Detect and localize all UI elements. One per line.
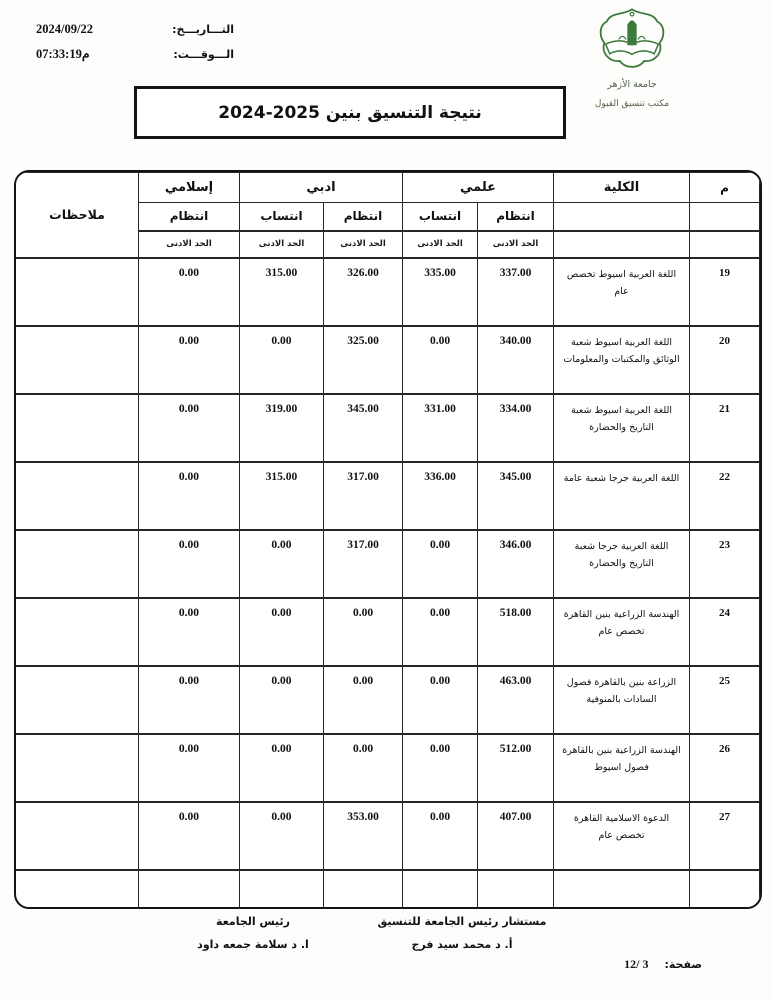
time-value: 07:33:19م: [36, 46, 90, 62]
table-row: 19 اللغة العربية اسيوط تخصص عام 337.00 3…: [15, 258, 759, 326]
row-number: 22: [690, 462, 760, 530]
college-cell: اللغة العربية اسيوط تخصص عام: [554, 258, 690, 326]
row-number: 25: [690, 666, 760, 734]
header-college: الكلية: [554, 173, 690, 203]
sci-aff-cell: 331.00: [403, 394, 478, 462]
college-cell: اللغة العربية اسيوط شعبة الوثائق والمكتب…: [554, 326, 690, 394]
lit-aff-cell: 0.00: [239, 598, 323, 666]
results-table: م الكلية علمي ادبي إسلامي ملاحظات انتظام…: [14, 170, 762, 909]
min-label-lit-reg: الحد الادنى: [324, 231, 403, 258]
signature-coordinator: مستشار رئيس الجامعة للتنسيق أ. د محمد سي…: [362, 915, 562, 951]
office-name: مكتب تنسيق القبول: [562, 99, 702, 109]
isl-reg-cell: 0.00: [138, 734, 239, 802]
table-row: 21 اللغة العربية اسيوط شعبة التاريخ والح…: [15, 394, 759, 462]
empty-spacer-row: [15, 870, 759, 908]
isl-reg-cell: 0.00: [138, 394, 239, 462]
lit-aff-cell: 315.00: [239, 258, 323, 326]
sci-reg-cell: 345.00: [478, 462, 554, 530]
page-number-value: 3 /12: [624, 957, 648, 972]
notes-cell: [15, 598, 138, 666]
lit-reg-cell: 317.00: [324, 462, 403, 530]
header-serial-spacer: [690, 203, 760, 231]
university-logo-block: جامعة الأزهر مكتب تنسيق القبول: [562, 7, 702, 109]
document-page: التـــاريـــخ: 2024/09/22 الـــوقـــت: 0…: [0, 0, 772, 1000]
college-cell: اللغة العربية جرجا شعبة التاريخ والحضارة: [554, 530, 690, 598]
isl-reg-cell: 0.00: [138, 530, 239, 598]
sci-aff-cell: 336.00: [403, 462, 478, 530]
lit-reg-cell: 353.00: [324, 802, 403, 870]
notes-cell: [15, 462, 138, 530]
college-cell: الهندسة الزراعية بنين بالقاهرة فصول اسيو…: [554, 734, 690, 802]
lit-aff-cell: 0.00: [239, 530, 323, 598]
lit-aff-cell: 0.00: [239, 802, 323, 870]
page-number-label: صفحة:: [664, 958, 702, 971]
date-value: 2024/09/22: [36, 22, 93, 37]
isl-reg-cell: 0.00: [138, 802, 239, 870]
header-group-scientific: علمي: [403, 173, 554, 203]
signature-president-name: ا. د سلامة جمعه داود: [158, 938, 348, 951]
notes-cell: [15, 258, 138, 326]
sci-aff-cell: 335.00: [403, 258, 478, 326]
datetime-block: التـــاريـــخ: 2024/09/22 الـــوقـــت: 0…: [36, 22, 234, 71]
sci-reg-cell: 337.00: [478, 258, 554, 326]
table-row: 24 الهندسة الزراعية بنين القاهرة تخصص عا…: [15, 598, 759, 666]
sci-reg-cell: 518.00: [478, 598, 554, 666]
lit-reg-cell: 326.00: [324, 258, 403, 326]
table-row: 26 الهندسة الزراعية بنين بالقاهرة فصول ا…: [15, 734, 759, 802]
isl-reg-cell: 0.00: [138, 326, 239, 394]
lit-aff-cell: 315.00: [239, 462, 323, 530]
al-azhar-emblem-icon: [562, 7, 702, 73]
date-label: التـــاريـــخ:: [172, 23, 234, 36]
row-number: 23: [690, 530, 760, 598]
lit-aff-cell: 319.00: [239, 394, 323, 462]
sci-aff-cell: 0.00: [403, 598, 478, 666]
signature-coordinator-title: مستشار رئيس الجامعة للتنسيق: [362, 915, 562, 928]
sci-reg-cell: 346.00: [478, 530, 554, 598]
sci-aff-cell: 0.00: [403, 530, 478, 598]
header-sci-regular: انتظام: [478, 203, 554, 231]
row-number: 26: [690, 734, 760, 802]
notes-cell: [15, 734, 138, 802]
lit-reg-cell: 345.00: [324, 394, 403, 462]
notes-cell: [15, 530, 138, 598]
header-isl-regular: انتظام: [138, 203, 239, 231]
header-college-spacer2: [554, 231, 690, 258]
header-row-groups: م الكلية علمي ادبي إسلامي ملاحظات: [15, 173, 759, 203]
university-name: جامعة الأزهر: [562, 79, 702, 90]
lit-reg-cell: 0.00: [324, 734, 403, 802]
row-number: 20: [690, 326, 760, 394]
min-label-lit-aff: الحد الادنى: [239, 231, 323, 258]
date-line: التـــاريـــخ: 2024/09/22: [36, 22, 234, 37]
college-cell: الهندسة الزراعية بنين القاهرة تخصص عام: [554, 598, 690, 666]
header-serial: م: [690, 173, 760, 203]
header-college-spacer: [554, 203, 690, 231]
page-title: نتيجة التنسيق بنين 2025-2024: [134, 86, 566, 139]
notes-cell: [15, 666, 138, 734]
isl-reg-cell: 0.00: [138, 666, 239, 734]
row-number: 27: [690, 802, 760, 870]
notes-cell: [15, 802, 138, 870]
time-line: الـــوقـــت: 07:33:19م: [36, 46, 234, 62]
sci-aff-cell: 0.00: [403, 666, 478, 734]
table-row: 22 اللغة العربية جرجا شعبة عامة 345.00 3…: [15, 462, 759, 530]
min-label-isl-reg: الحد الادنى: [138, 231, 239, 258]
isl-reg-cell: 0.00: [138, 462, 239, 530]
lit-aff-cell: 0.00: [239, 734, 323, 802]
table-row: 27 الدعوة الاسلامية القاهرة تخصص عام 407…: [15, 802, 759, 870]
isl-reg-cell: 0.00: [138, 598, 239, 666]
row-number: 21: [690, 394, 760, 462]
lit-reg-cell: 0.00: [324, 598, 403, 666]
header-group-islamic: إسلامي: [138, 173, 239, 203]
college-cell: الدعوة الاسلامية القاهرة تخصص عام: [554, 802, 690, 870]
isl-reg-cell: 0.00: [138, 258, 239, 326]
lit-aff-cell: 0.00: [239, 666, 323, 734]
sci-reg-cell: 340.00: [478, 326, 554, 394]
page-number: صفحة: 3 /12: [624, 957, 702, 972]
table-row: 25 الزراعة بنين بالقاهرة فصول السادات با…: [15, 666, 759, 734]
header-serial-spacer2: [690, 231, 760, 258]
lit-reg-cell: 0.00: [324, 666, 403, 734]
header-lit-regular: انتظام: [324, 203, 403, 231]
sci-aff-cell: 0.00: [403, 326, 478, 394]
sci-reg-cell: 463.00: [478, 666, 554, 734]
lit-aff-cell: 0.00: [239, 326, 323, 394]
time-label: الـــوقـــت:: [173, 48, 234, 61]
sci-aff-cell: 0.00: [403, 734, 478, 802]
sci-aff-cell: 0.00: [403, 802, 478, 870]
notes-cell: [15, 394, 138, 462]
notes-cell: [15, 326, 138, 394]
row-number: 19: [690, 258, 760, 326]
header-group-literary: ادبي: [239, 173, 402, 203]
college-cell: الزراعة بنين بالقاهرة فصول السادات بالمن…: [554, 666, 690, 734]
college-cell: اللغة العربية جرجا شعبة عامة: [554, 462, 690, 530]
header-sci-affiliate: انتساب: [403, 203, 478, 231]
min-label-sci-aff: الحد الادنى: [403, 231, 478, 258]
sci-reg-cell: 512.00: [478, 734, 554, 802]
college-cell: اللغة العربية اسيوط شعبة التاريخ والحضار…: [554, 394, 690, 462]
min-label-sci-reg: الحد الادنى: [478, 231, 554, 258]
signature-president: رئيس الجامعة ا. د سلامة جمعه داود: [158, 915, 348, 951]
sci-reg-cell: 334.00: [478, 394, 554, 462]
table-row: 23 اللغة العربية جرجا شعبة التاريخ والحض…: [15, 530, 759, 598]
header-lit-affiliate: انتساب: [239, 203, 323, 231]
row-number: 24: [690, 598, 760, 666]
table-row: 20 اللغة العربية اسيوط شعبة الوثائق والم…: [15, 326, 759, 394]
header-notes: ملاحظات: [15, 173, 138, 258]
sci-reg-cell: 407.00: [478, 802, 554, 870]
signature-president-title: رئيس الجامعة: [158, 915, 348, 928]
lit-reg-cell: 317.00: [324, 530, 403, 598]
lit-reg-cell: 325.00: [324, 326, 403, 394]
signature-coordinator-name: أ. د محمد سيد فرج: [362, 938, 562, 951]
